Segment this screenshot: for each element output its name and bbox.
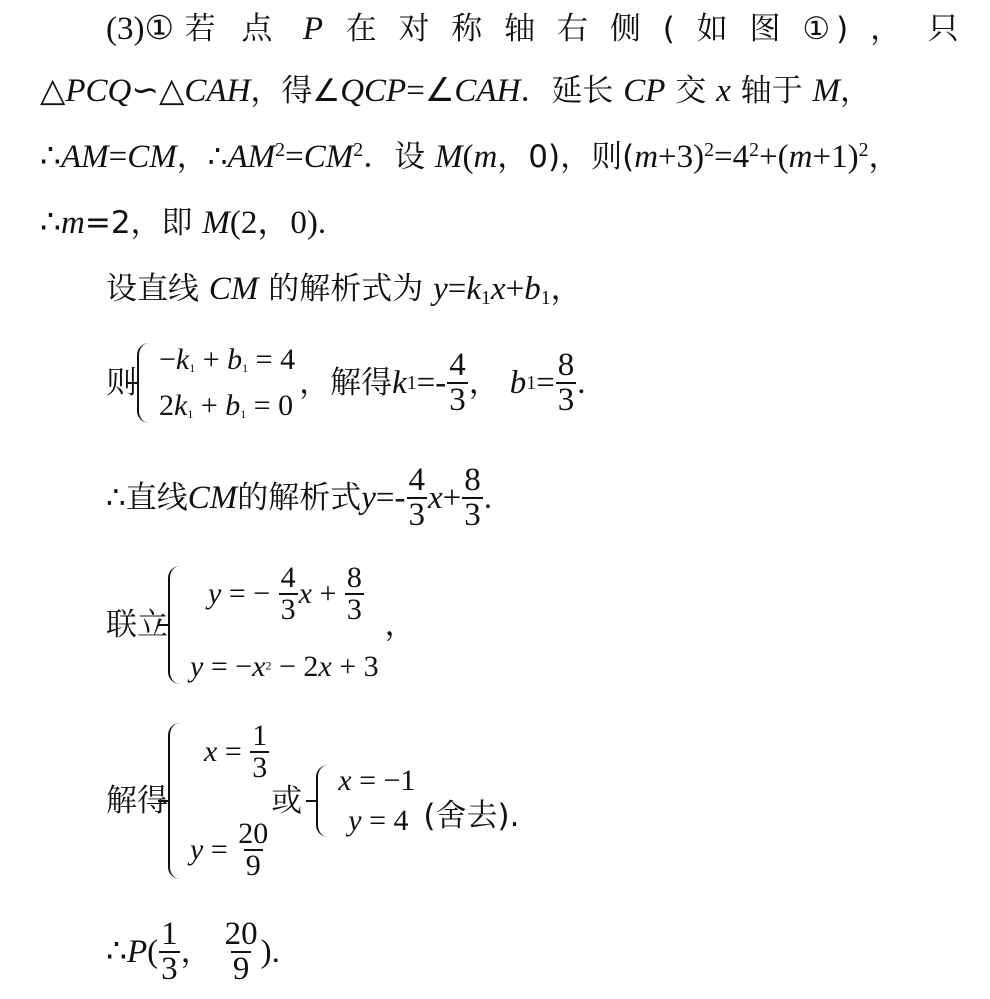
text: ， [869, 139, 900, 175]
math: AM [228, 139, 276, 175]
text: ， [840, 73, 871, 109]
line-1: (3)① 若 点 P 在 对 称 轴 右 侧 ( 如 图 ①) ， 只 能 是 [106, 8, 990, 49]
final-answer: ∴P( 13 ， 209 ). [106, 912, 280, 992]
math: CP [623, 73, 665, 109]
text: 轴于 [731, 73, 813, 109]
system-3: 解得 x = 13 y = 209 或 x = −1 y = 4 (舍去). [106, 718, 519, 884]
math: ( [462, 139, 473, 175]
exponent: 2 [353, 139, 363, 161]
line-2: △PCQ∽△CAH，得∠QCP=∠CAH．延长 CP 交 x 轴于 M， [40, 70, 871, 111]
brace-icon [137, 343, 155, 423]
math: (2，0). [230, 205, 326, 241]
system-row: y = 4 [338, 802, 415, 840]
math: ( [147, 932, 158, 972]
line-4: ∴m=2，即 M(2，0). [40, 202, 326, 243]
text: ．延长 [520, 73, 623, 109]
text: (舍去). [423, 796, 519, 836]
fraction: 209 [223, 918, 260, 986]
math: = [448, 271, 467, 307]
exponent: 2 [704, 139, 714, 161]
fraction: 83 [462, 464, 483, 532]
brace-icon [168, 566, 186, 684]
text: ， [469, 363, 500, 403]
math: M [813, 73, 841, 109]
math: P [127, 932, 147, 972]
line-3: ∴AM=CM，∴AM2=CM2．设 M(m，0)，则(m+3)2=42+(m+1… [40, 136, 900, 177]
math: = [285, 139, 304, 175]
math: b [510, 363, 527, 403]
text: ，解得 [299, 363, 392, 403]
text: 交 [665, 73, 716, 109]
system-row: x = −1 [338, 762, 415, 800]
line-cm-equation: ∴直线 CM 的解析式 y=- 43 x+ 83 . [106, 458, 492, 538]
math: M [202, 205, 230, 241]
math: m [789, 139, 813, 175]
math: m [61, 205, 85, 241]
system-row: y = 209 [190, 819, 271, 881]
math: CAH [454, 73, 520, 109]
math: + [443, 478, 462, 518]
math: CM [127, 139, 177, 175]
fraction: 13 [159, 918, 180, 986]
math: b [524, 271, 541, 307]
math: QCP [340, 73, 406, 109]
system-1: 则 −k1 + b1 = 4 2k1 + b1 = 0 ，解得 k1=- 43 … [106, 338, 586, 428]
math: CM [188, 478, 238, 518]
system-row: y = −x2 − 2x + 3 [190, 647, 379, 687]
math: +( [759, 139, 789, 175]
math: =- [376, 478, 406, 518]
math: CM [209, 271, 259, 307]
system-row: −k1 + b1 = 4 [159, 340, 295, 380]
line-5: 设直线 CM 的解析式为 y=k1x+b1， [106, 268, 582, 309]
text: 若 点 [185, 11, 281, 47]
system-row: 2k1 + b1 = 0 [159, 386, 295, 426]
math: PCQ [65, 73, 131, 109]
text: ．设 [363, 139, 435, 175]
text: 的解析式 [237, 478, 361, 518]
fraction: 83 [556, 349, 577, 417]
math: . [577, 363, 585, 403]
text: ，得∠ [250, 73, 340, 109]
system-row: y = − 43 x + 83 [190, 563, 379, 625]
system-row: x = 13 [190, 721, 271, 783]
math: =4 [714, 139, 749, 175]
math: y [433, 271, 448, 307]
brace-icon [168, 723, 186, 879]
math: CM [304, 139, 354, 175]
text: ， [181, 932, 212, 972]
math: CAH [184, 73, 250, 109]
math: =- [417, 363, 447, 403]
math: ). [261, 932, 280, 972]
math: AM [61, 139, 109, 175]
text: ∴直线 [106, 478, 188, 518]
fraction: 43 [447, 349, 468, 417]
math: +3) [658, 139, 704, 175]
system-2: 联立 y = − 43 x + 83 y = −x2 − 2x + 3 ， [106, 560, 416, 690]
exponent: 2 [275, 139, 285, 161]
math: m [634, 139, 658, 175]
part-label: (3)① [106, 11, 174, 47]
math: y [361, 478, 376, 518]
text: ， [551, 271, 582, 307]
math: x [716, 73, 731, 109]
text: ，∴ [177, 139, 228, 175]
text: 在 对 称 轴 右 侧 ( 如 图 ①) ， [346, 11, 908, 47]
text: 只 能 是 [928, 11, 990, 47]
therefore-symbol: ∴ [40, 139, 61, 175]
exponent: 2 [859, 139, 869, 161]
text: =2，即 [85, 205, 203, 241]
math: . [484, 478, 492, 518]
text: ，0)，则( [497, 139, 634, 175]
math: + [506, 271, 525, 307]
fraction: 43 [407, 464, 428, 532]
text: 设直线 [106, 271, 209, 307]
similar-symbol: ∽△ [131, 73, 184, 109]
math: k [466, 271, 481, 307]
text: ， [385, 605, 416, 645]
var-p: P [303, 11, 323, 47]
triangle-symbol: △ [40, 73, 65, 109]
text: 或 [271, 781, 302, 821]
math: = [109, 139, 128, 175]
subscript: 1 [541, 287, 551, 309]
math: = [536, 363, 555, 403]
math: +1) [813, 139, 859, 175]
text: 的解析式为 [258, 271, 433, 307]
therefore-symbol: ∴ [40, 205, 61, 241]
brace-icon [316, 765, 334, 837]
math: x [491, 271, 506, 307]
math: m [473, 139, 497, 175]
math: k [392, 363, 407, 403]
math: =∠ [406, 73, 454, 109]
exponent: 2 [749, 139, 759, 161]
subscript: 1 [481, 287, 491, 309]
math: M [435, 139, 463, 175]
therefore-symbol: ∴ [106, 932, 127, 972]
math: x [428, 478, 443, 518]
